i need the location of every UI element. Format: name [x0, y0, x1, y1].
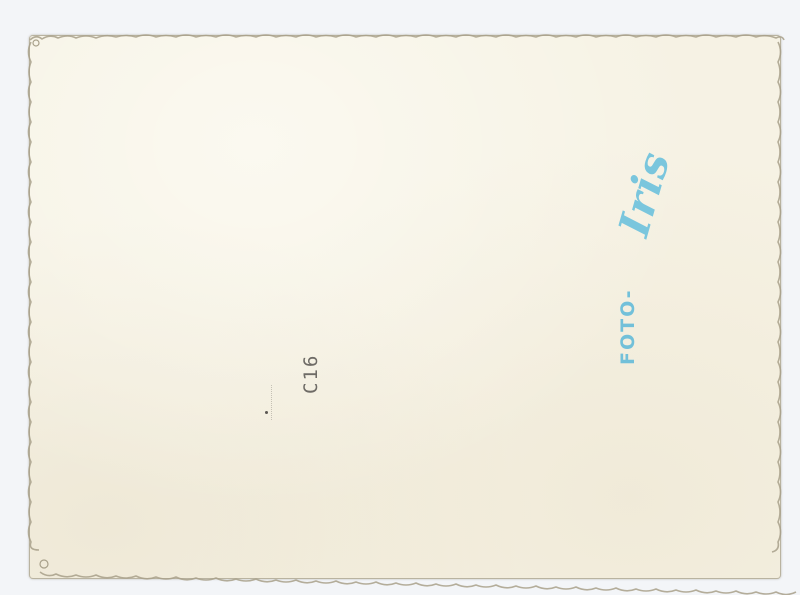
- pencil-mark-dot: [265, 411, 268, 414]
- photo-back-card: [30, 36, 780, 578]
- pencil-inventory-code: C16: [300, 324, 324, 394]
- photographer-stamp: FOTO- Iris: [607, 120, 667, 365]
- pencil-mark-line: [271, 385, 273, 420]
- paper-texture: [30, 36, 780, 578]
- stamp-foto-label: FOTO-: [617, 289, 639, 365]
